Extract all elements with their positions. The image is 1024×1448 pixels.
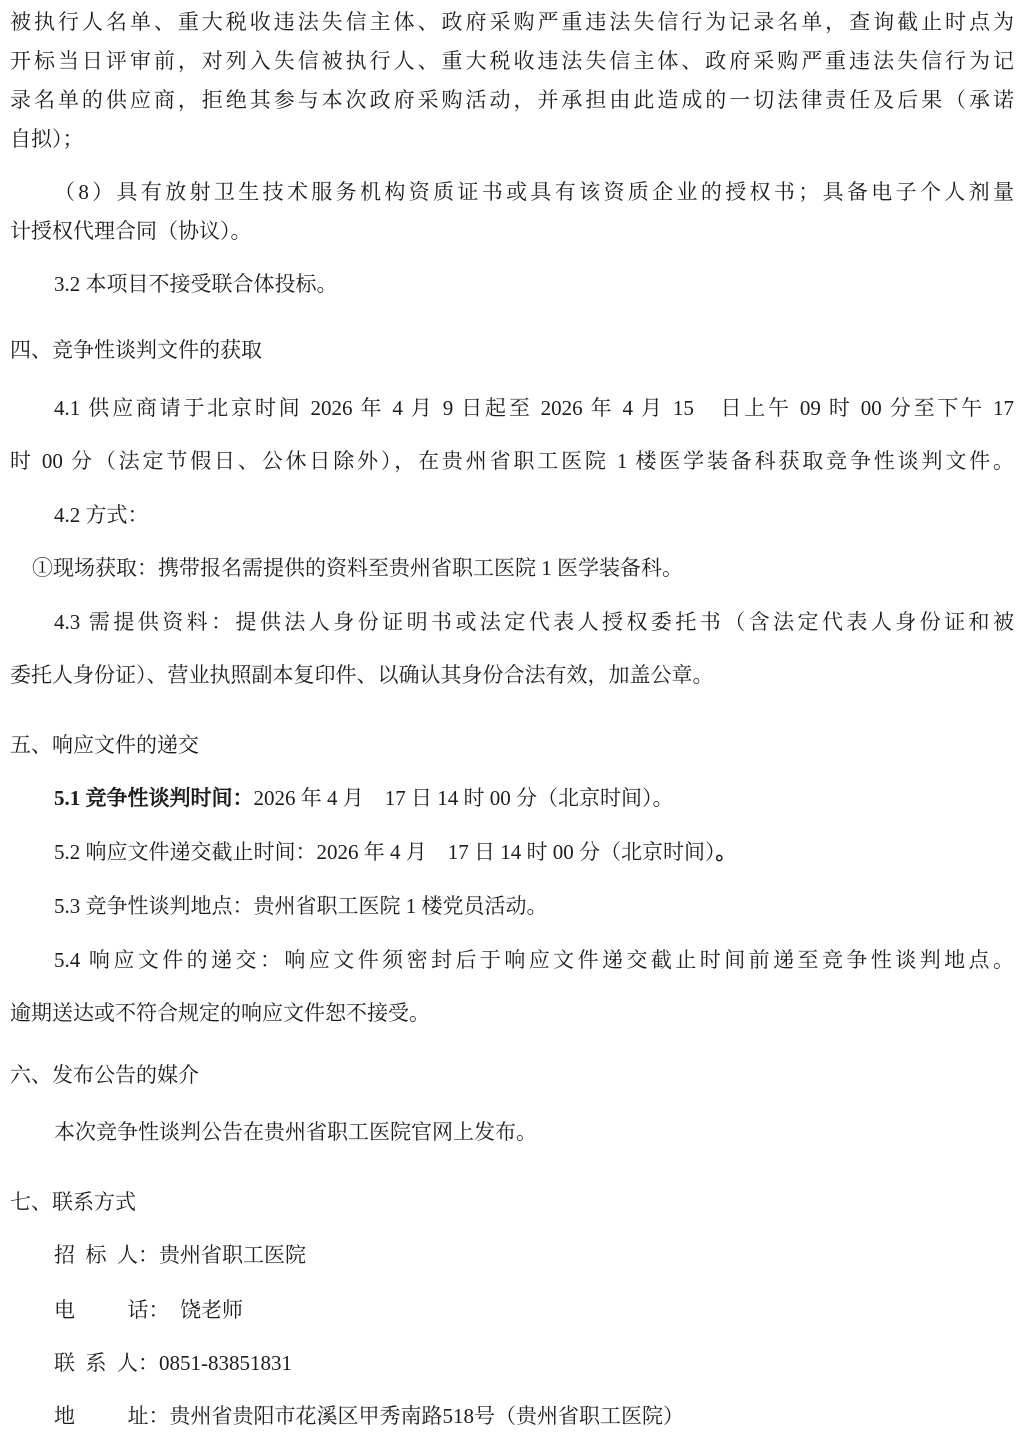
clause-5-3: 5.3 竞争性谈判地点：贵州省职工医院 1 楼党员活动。 (10, 880, 1014, 933)
paragraph-blacklist: 被执行人名单、重大税收违法失信主体、政府采购严重违法失信行为记录名单，查询截止时… (10, 3, 1014, 159)
clause-5-2-period: 。 (716, 840, 737, 864)
document-page: 被执行人名单、重大税收违法失信主体、政府采购严重违法失信行为记录名单，查询截止时… (0, 0, 1024, 1448)
clause-3-2: 3.2 本项目不接受联合体投标。 (10, 258, 1014, 311)
phone-label: 电 话： (54, 1298, 180, 1322)
paragraph-line: 自拟）； (10, 120, 1014, 159)
phone-value: 饶老师 (180, 1298, 243, 1322)
clause-5-1: 5.1 竞争性谈判时间：2026 年 4 月 17 日 14 时 00 分（北京… (10, 772, 1014, 825)
contact-person-label: 联 系 人： (54, 1351, 159, 1375)
section-heading-7: 七、联系方式 (10, 1176, 1014, 1229)
clause-media: 本次竞争性谈判公告在贵州省职工医院官网上发布。 (10, 1106, 1014, 1159)
clause-4-3: 4.3 需提供资料：提供法人身份证明书或法定代表人授权委托书（含法定代表人身份证… (10, 596, 1014, 702)
tenderer-value: 贵州省职工医院 (159, 1243, 306, 1267)
clause-onsite-pickup: ①现场获取：携带报名需提供的资料至贵州省职工医院 1 医学装备科。 (10, 542, 1014, 595)
contact-row-contact-person: 联 系 人：0851-83851831 (10, 1337, 1014, 1390)
address-value: 贵州省贵阳市花溪区甲秀南路518号（贵州省职工医院） (170, 1404, 685, 1428)
section-heading-5: 五、响应文件的递交 (10, 719, 1014, 772)
contact-row-tenderer: 招 标 人：贵州省职工医院 (10, 1229, 1014, 1282)
section-heading-4: 四、竞争性谈判文件的获取 (10, 324, 1014, 377)
clause-5-1-value: 2026 年 4 月 17 日 14 时 00 分（北京时间）。 (254, 786, 674, 810)
contact-row-phone: 电 话： 饶老师 (10, 1284, 1014, 1337)
clause-4-1: 4.1 供应商请于北京时间 2026 年 4 月 9 日起至 2026 年 4 … (10, 382, 1014, 488)
section-heading-6: 六、发布公告的媒介 (10, 1049, 1014, 1102)
paragraph-line: 被执行人名单、重大税收违法失信主体、政府采购严重违法失信行为记录名单，查询截止时… (10, 3, 1014, 42)
paragraph-qualification-8: （8）具有放射卫生技术服务机构资质证书或具有该资质企业的授权书；具备电子个人剂量… (10, 173, 1014, 251)
contact-person-value: 0851-83851831 (159, 1351, 292, 1375)
clause-4-2: 4.2 方式： (10, 489, 1014, 542)
clause-5-2: 5.2 响应文件递交截止时间：2026 年 4 月 17 日 14 时 00 分… (10, 826, 1014, 879)
clause-5-2-text: 5.2 响应文件递交截止时间：2026 年 4 月 17 日 14 时 00 分… (54, 840, 716, 864)
paragraph-line: 时 00 分（法定节假日、公休日除外），在贵州省职工医院 1 楼医学装备科获取竞… (10, 435, 1014, 488)
paragraph-line: 4.1 供应商请于北京时间 2026 年 4 月 9 日起至 2026 年 4 … (10, 382, 1014, 435)
contact-row-address: 地 址：贵州省贵阳市花溪区甲秀南路518号（贵州省职工医院） (10, 1390, 1014, 1443)
paragraph-line: 计授权代理合同（协议）。 (10, 212, 1014, 251)
paragraph-line: 逾期送达或不符合规定的响应文件恕不接受。 (10, 987, 1014, 1040)
paragraph-line: 委托人身份证）、营业执照副本复印件、以确认其身份合法有效，加盖公章。 (10, 649, 1014, 702)
tenderer-label: 招 标 人： (54, 1243, 159, 1267)
paragraph-line: 4.3 需提供资料：提供法人身份证明书或法定代表人授权委托书（含法定代表人身份证… (10, 596, 1014, 649)
paragraph-line: 开标当日评审前，对列入失信被执行人、重大税收违法失信主体、政府采购严重违法失信行… (10, 42, 1014, 81)
paragraph-line: （8）具有放射卫生技术服务机构资质证书或具有该资质企业的授权书；具备电子个人剂量 (10, 173, 1014, 212)
clause-5-4: 5.4 响应文件的递交：响应文件须密封后于响应文件递交截止时间前递至竞争性谈判地… (10, 934, 1014, 1040)
address-label: 地 址： (54, 1404, 170, 1428)
clause-5-1-label: 5.1 竞争性谈判时间： (54, 786, 254, 810)
paragraph-line: 5.4 响应文件的递交：响应文件须密封后于响应文件递交截止时间前递至竞争性谈判地… (10, 934, 1014, 987)
paragraph-line: 录名单的供应商，拒绝其参与本次政府采购活动，并承担由此造成的一切法律责任及后果（… (10, 81, 1014, 120)
